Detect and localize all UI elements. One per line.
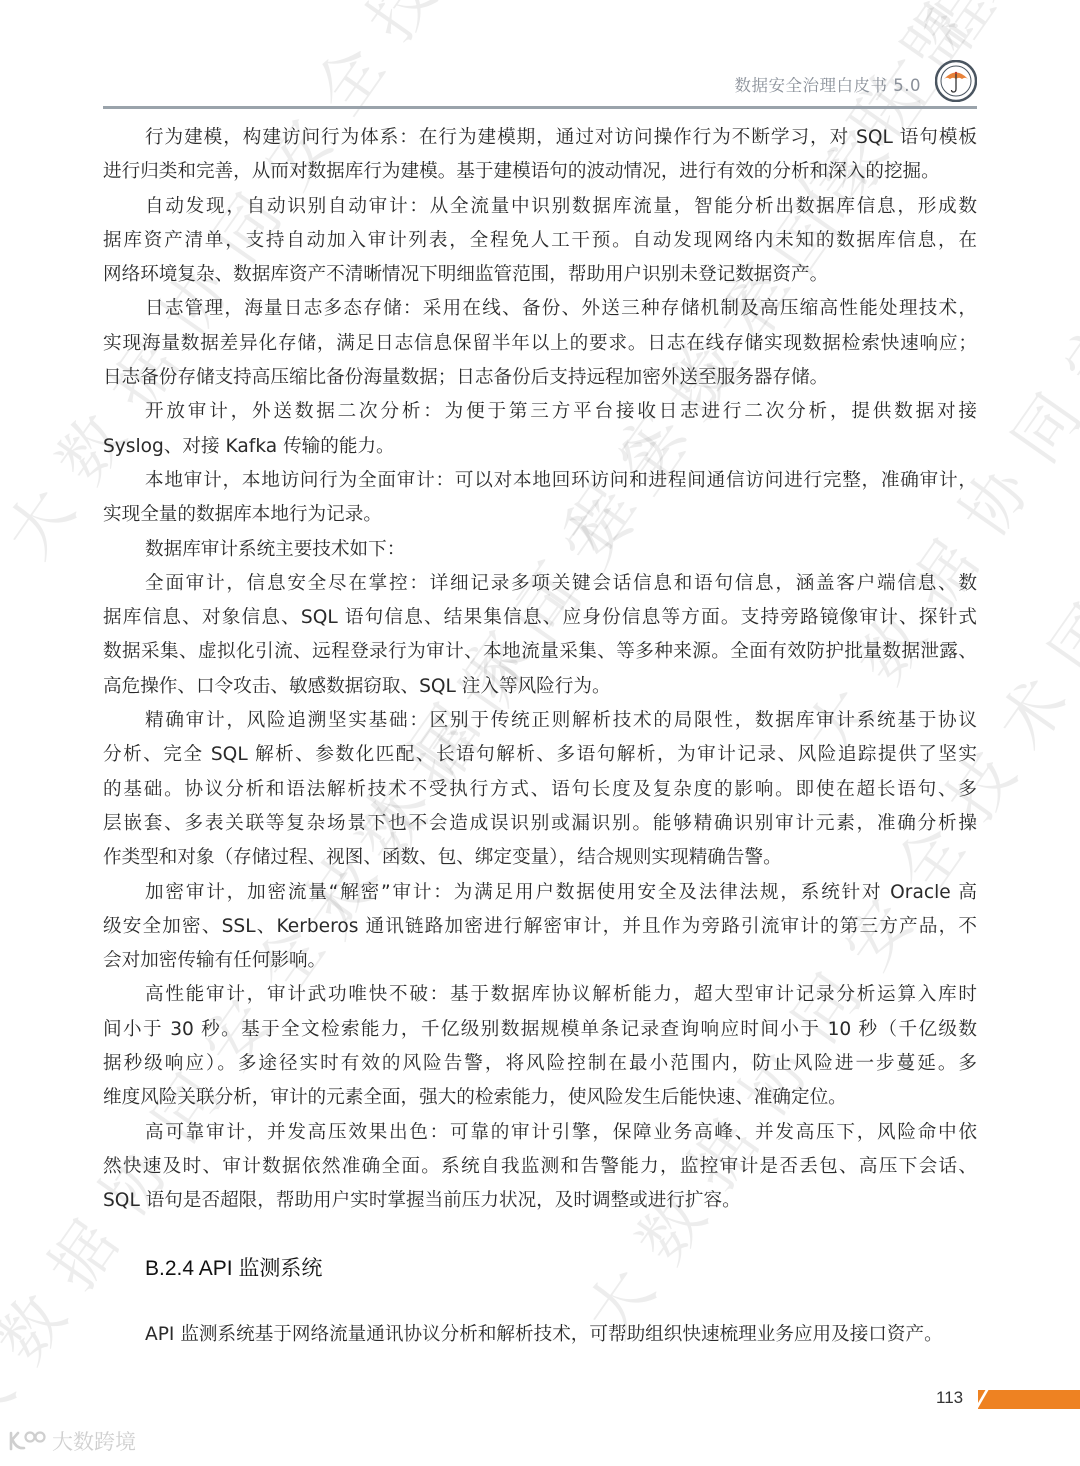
paragraph-line: 自动发现，自动识别自动审计：从全流量中识别数据库流量，智能分析出数据库信息，形成… [103,190,977,224]
section-paragraph: API 监测系统基于网络流量通讯协议分析和解析技术，可帮助组织快速梳理业务应用及… [145,1318,977,1352]
section-heading: B.2.4 API 监测系统 [145,1252,322,1282]
paragraph-line: 本地审计，本地访问行为全面审计：可以对本地回环访问和进程间通信访问进行完整，准确… [103,464,977,498]
umbrella-emblem-icon [935,60,977,102]
page-header: 数据安全治理白皮书 5.0 [103,58,977,108]
section-number: B.2.4 API [145,1257,238,1280]
page-number: 113 [936,1388,963,1408]
paragraph-line: 开放审计，外送数据二次分析：为便于第三方平台接收日志进行二次分析，提供数据对接 [103,395,977,429]
paragraph-line: 分析、完全 SQL 解析、参数化匹配、长语句解析、多语句解析，为审计记录、风险追… [103,738,977,772]
paragraph-line: 数据采集、虚拟化引流、远程登录行为审计、本地流量采集、等多种来源。全面有效防护批… [103,635,977,669]
body-content: 行为建模，构建访问行为体系：在行为建模期，通过对访问操作行为不断学习，对 SQL… [103,121,977,1219]
paragraph-line: 间小于 30 秒。基于全文检索能力，千亿级别数据规模单条记录查询响应时间小于 1… [103,1013,977,1047]
paragraph-line: 层嵌套、多表关联等复杂场景下也不会造成误识别或漏识别。能够精确识别审计元素，准确… [103,807,977,841]
footer-accent-bar [978,1390,1080,1409]
paragraph-line: 进行归类和完善，从而对数据库行为建模。基于建模语句的波动情况，进行有效的分析和深… [103,155,977,189]
paragraph-line: 加密审计，加密流量“解密”审计：为满足用户数据使用安全及法律法规，系统针对 Or… [103,876,977,910]
paragraph-line: 行为建模，构建访问行为体系：在行为建模期，通过对访问操作行为不断学习，对 SQL… [103,121,977,155]
paragraph-line: 高危操作、口令攻击、敏感数据窃取、SQL 注入等风险行为。 [103,670,977,704]
paragraph-line: 精确审计，风险追溯坚实基础：区别于传统正则解析技术的局限性，数据库审计系统基于协… [103,704,977,738]
paragraph-line: 级安全加密、SSL、Kerberos 通讯链路加密进行解密审计，并且作为旁路引流… [103,910,977,944]
paragraph-line: 会对加密传输有任何影响。 [103,944,977,978]
paragraph-line: 日志备份存储支持高压缩比备份海量数据；日志备份后支持远程加密外送至服务器存储。 [103,361,977,395]
header-divider [103,106,977,109]
paragraph-line: 高可靠审计，并发高压效果出色：可靠的审计引擎，保障业务高峰、并发高压下，风险命中… [103,1116,977,1150]
document-title: 数据安全治理白皮书 5.0 [735,72,922,96]
paragraph-line: SQL 语句是否超限，帮助用户实时掌握当前压力状况，及时调整或进行扩容。 [103,1184,977,1218]
source-logo-icon [8,1430,48,1452]
paragraph-line: 的基础。协议分析和语法解析技术不受执行方式、语句长度及复杂度的影响。即使在超长语… [103,773,977,807]
paragraph-line: 数据库审计系统主要技术如下： [103,533,977,567]
paragraph-line: 全面审计，信息安全尽在掌控：详细记录多项关键会话信息和语句信息，涵盖客户端信息、… [103,567,977,601]
paragraph-line: 高性能审计，审计武功唯快不破：基于数据库协议解析能力，超大型审计记录分析运算入库… [103,978,977,1012]
paragraph-line: 作类型和对象（存储过程、视图、函数、包、绑定变量），结合规则实现精确告警。 [103,841,977,875]
paragraph-line: 实现海量数据差异化存储，满足日志信息保留半年以上的要求。日志在线存储实现数据检索… [103,327,977,361]
paragraph-line: 维度风险关联分析，审计的元素全面，强大的检索能力，使风险发生后能快速、准确定位。 [103,1081,977,1115]
section-title-text: 监测系统 [238,1256,322,1280]
paragraph-line: 据库资产清单，支持自动加入审计列表，全程免人工干预。自动发现网络内未知的数据库信… [103,224,977,258]
paragraph-line: 据秒级响应）。多途径实时有效的风险告警，将风险控制在最小范围内，防止风险进一步蔓… [103,1047,977,1081]
paragraph-line: Syslog、对接 Kafka 传输的能力。 [103,430,977,464]
paragraph-line: 据库信息、对象信息、SQL 语句信息、结果集信息、应身份信息等方面。支持旁路镜像… [103,601,977,635]
paragraph-line: 网络环境复杂、数据库资产不清晰情况下明细监管范围，帮助用户识别未登记数据资产。 [103,258,977,292]
paragraph-line: 实现全量的数据库本地行为记录。 [103,498,977,532]
paragraph-line: 然快速及时、审计数据依然准确全面。系统自我监测和告警能力，监控审计是否丢包、高压… [103,1150,977,1184]
paragraph-line: 日志管理，海量日志多态存储：采用在线、备份、外送三种存储机制及高压缩高性能处理技… [103,292,977,326]
source-watermark: 大数跨境 [8,1426,136,1456]
source-logo-text: 大数跨境 [52,1426,136,1456]
